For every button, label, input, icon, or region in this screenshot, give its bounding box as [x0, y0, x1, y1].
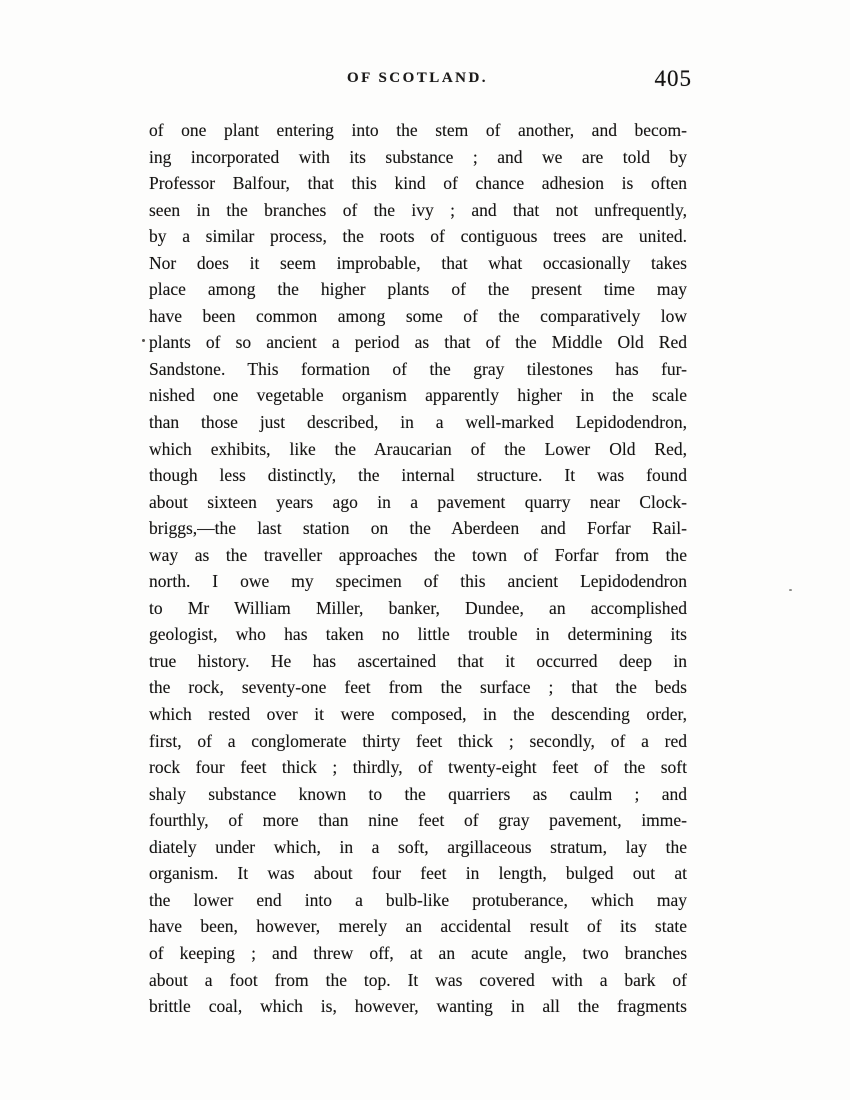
- text-line: geologist, who has taken no little troub…: [149, 621, 687, 648]
- text-line: than those just described, in a well-mar…: [149, 409, 687, 436]
- text-line: to Mr William Miller, banker, Dundee, an…: [149, 595, 687, 622]
- text-line: by a similar process, the roots of conti…: [149, 223, 687, 250]
- text-line: brittle coal, which is, however, wanting…: [149, 993, 687, 1020]
- text-line: Sandstone. This formation of the gray ti…: [149, 356, 687, 383]
- text-line: place among the higher plants of the pre…: [149, 276, 687, 303]
- text-line: organism. It was about four feet in leng…: [149, 860, 687, 887]
- page-header: OF SCOTLAND. 405: [149, 66, 686, 96]
- text-line: have been common among some of the compa…: [149, 303, 687, 330]
- text-line: which exhibits, like the Araucarian of t…: [149, 436, 687, 463]
- text-line: of keeping ; and threw off, at an acute …: [149, 940, 687, 967]
- text-line: nished one vegetable organism apparently…: [149, 382, 687, 409]
- text-line: the lower end into a bulb-like protubera…: [149, 887, 687, 914]
- text-line: seen in the branches of the ivy ; and th…: [149, 197, 687, 224]
- text-line: rock four feet thick ; thirdly, of twent…: [149, 754, 687, 781]
- text-line: though less distinctly, the internal str…: [149, 462, 687, 489]
- text-line: way as the traveller approaches the town…: [149, 542, 687, 569]
- text-line: north. I owe my specimen of this ancient…: [149, 568, 687, 595]
- book-page: OF SCOTLAND. 405 of one plant entering i…: [0, 0, 850, 1100]
- text-line: fourthly, of more than nine feet of gray…: [149, 807, 687, 834]
- text-line: have been, however, merely an accidental…: [149, 913, 687, 940]
- scan-artifact-dot: [142, 339, 145, 342]
- text-line: Nor does it seem improbable, that what o…: [149, 250, 687, 277]
- text-line: about a foot from the top. It was covere…: [149, 967, 687, 994]
- text-line: about sixteen years ago in a pavement qu…: [149, 489, 687, 516]
- text-line: which rested over it were composed, in t…: [149, 701, 687, 728]
- text-line: the rock, seventy-one feet from the surf…: [149, 674, 687, 701]
- text-line: plants of so ancient a period as that of…: [149, 329, 687, 356]
- running-title: OF SCOTLAND.: [149, 66, 686, 87]
- text-line: true history. He has ascertained that it…: [149, 648, 687, 675]
- text-line: of one plant entering into the stem of a…: [149, 117, 687, 144]
- page-number: 405: [655, 66, 693, 92]
- body-text: of one plant entering into the stem of a…: [149, 117, 687, 1020]
- text-line: briggs,—the last station on the Aberdeen…: [149, 515, 687, 542]
- text-line: shaly substance known to the quarriers a…: [149, 781, 687, 808]
- text-line: ing incorporated with its substance ; an…: [149, 144, 687, 171]
- scan-artifact-dot: [789, 589, 792, 591]
- text-line: first, of a conglomerate thirty feet thi…: [149, 728, 687, 755]
- text-line: diately under which, in a soft, argillac…: [149, 834, 687, 861]
- text-line: Professor Balfour, that this kind of cha…: [149, 170, 687, 197]
